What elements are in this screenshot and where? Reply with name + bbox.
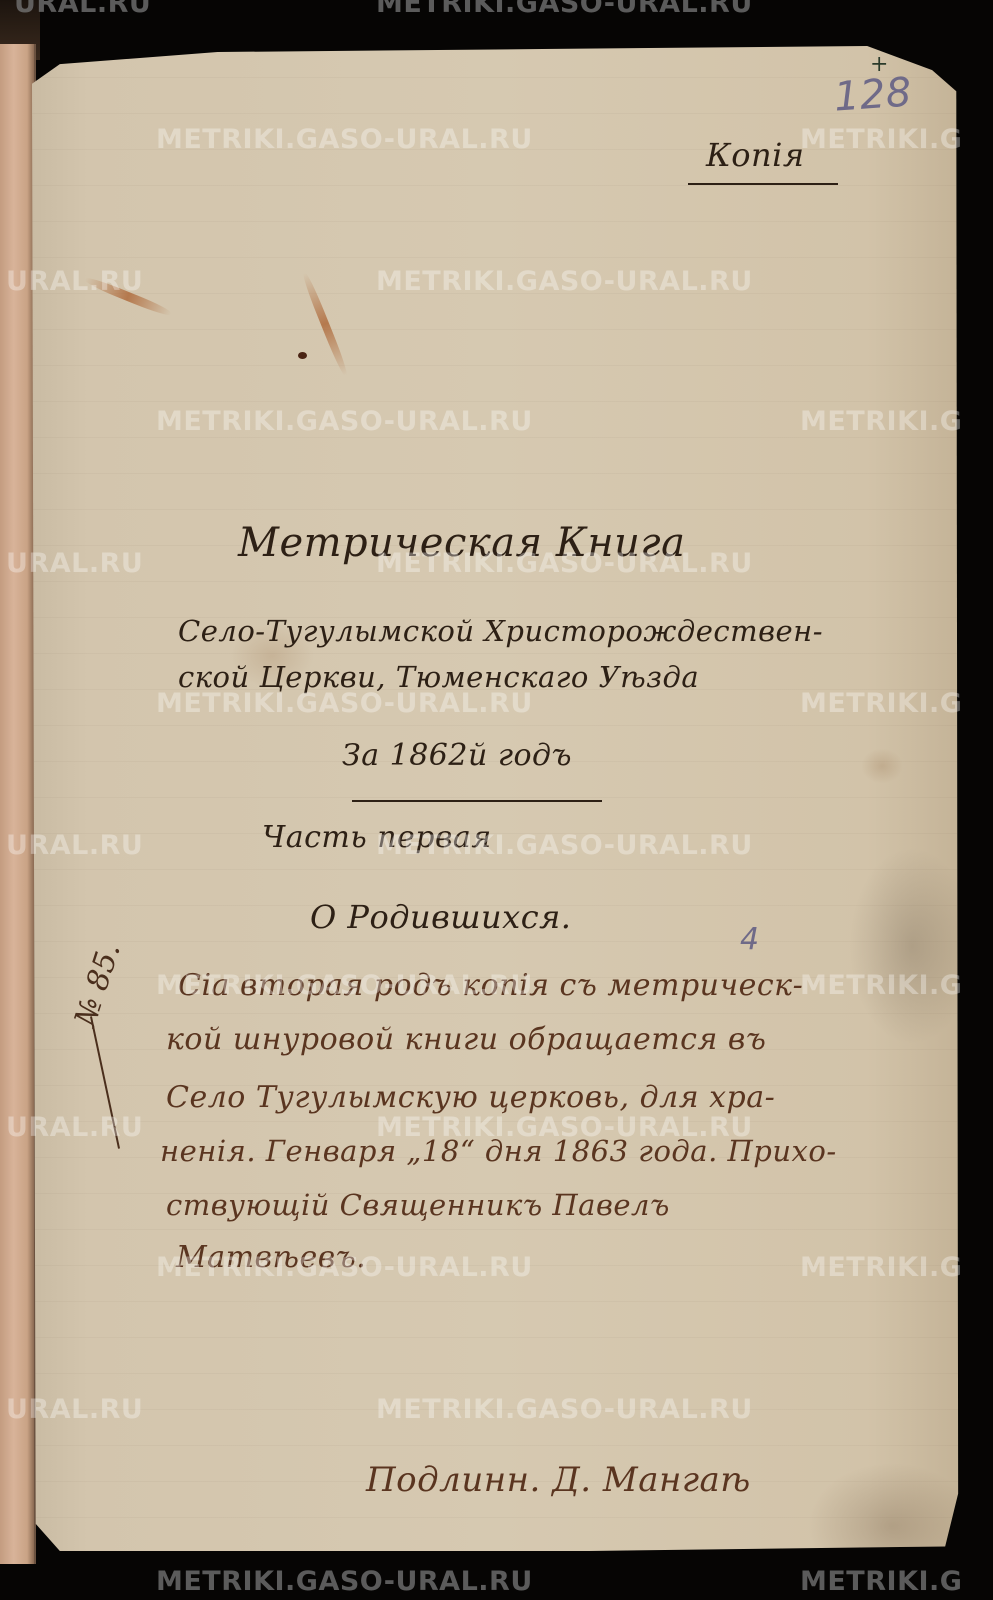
body-line-2: кой шнуровой книги обращается въ	[166, 1022, 766, 1057]
copy-label: Копія	[706, 136, 805, 174]
year-line: За 1862й годъ	[342, 738, 572, 773]
subtitle-line-2: ской Церкви, Тюменскаго Уѣзда	[178, 660, 699, 694]
title-divider	[352, 800, 602, 802]
document-title: Метрическая Книга	[238, 520, 685, 566]
book-binding-edge	[0, 44, 36, 1564]
watermark-bottom-right: METRIKI.G	[800, 1566, 962, 1597]
copy-underline	[688, 183, 838, 185]
signature: Подлинн. Д. Мангаѣ	[366, 1460, 751, 1500]
page-number-mark: +	[870, 52, 889, 77]
subtitle-line-1: Село-Тугулымской Христорождествен-	[178, 614, 823, 648]
part-line: Часть первая	[262, 820, 492, 855]
watermark-top-center: METRIKI.GASO-URAL.RU	[376, 0, 753, 19]
body-line-3: Село Тугулымскую церковь, для хра-	[166, 1080, 775, 1115]
page-number: 128	[832, 69, 913, 120]
document-scan: 128 + Копія Метрическая Книга Село-Тугул…	[0, 0, 993, 1600]
body-line-5: ствующій Священникъ Павелъ	[166, 1188, 670, 1222]
watermark-bottom-center: METRIKI.GASO-URAL.RU	[156, 1566, 533, 1597]
pencil-mark: 4	[740, 922, 760, 957]
body-line-1: Сia вторая родъ копія съ метрическ-	[178, 968, 803, 1003]
section-heading: О Родившихся.	[310, 898, 571, 936]
body-line-6: Матвѣевъ.	[176, 1240, 366, 1275]
ink-blot	[298, 352, 307, 359]
body-line-4: ненія. Генваря „18“ дня 1863 года. Прихо…	[160, 1134, 837, 1168]
